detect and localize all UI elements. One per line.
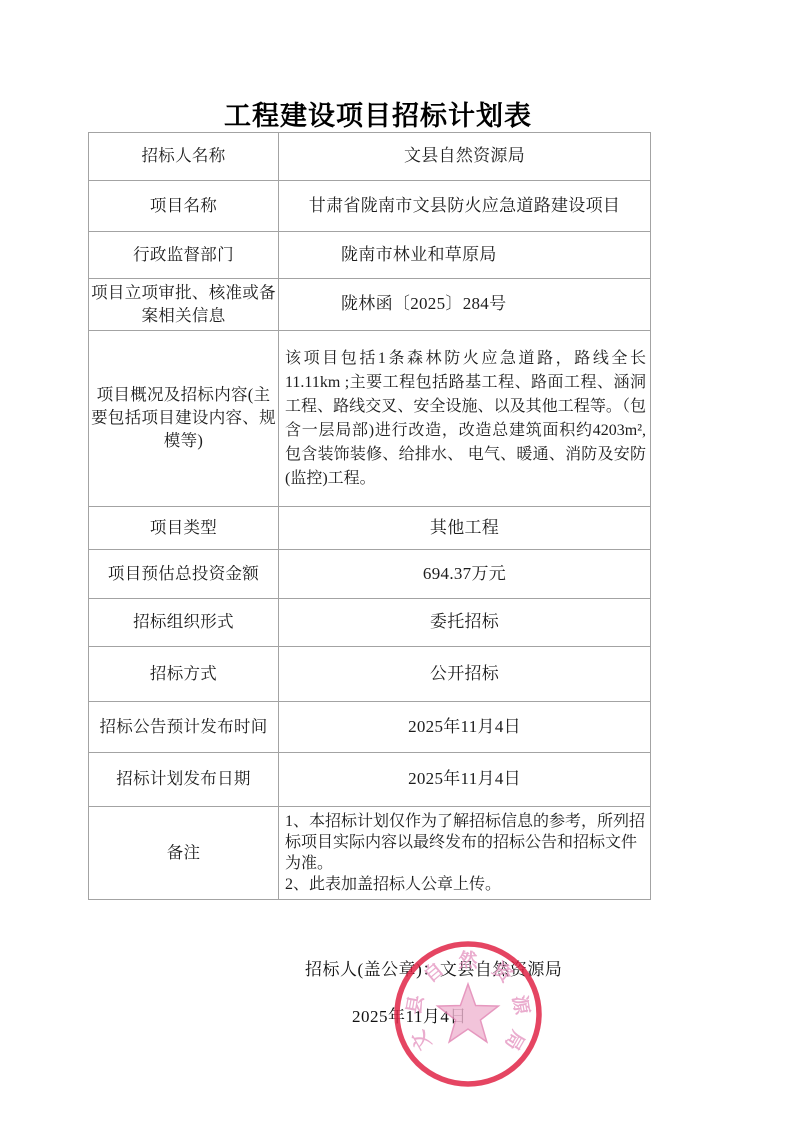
tender-plan-table: 招标人名称 文县自然资源局 项目名称 甘肃省陇南市文县防火应急道路建设项目 行政…: [88, 132, 651, 900]
row-label: 项目概况及招标内容(主要包括项目建设内容、规模等): [89, 331, 279, 507]
table-row: 项目概况及招标内容(主要包括项目建设内容、规模等) 该项目包括1条森林防火应急道…: [89, 331, 651, 507]
row-value: 文县自然资源局: [279, 133, 651, 181]
table-row: 招标人名称 文县自然资源局: [89, 133, 651, 181]
row-value: 陇林函〔2025〕284号: [279, 279, 651, 331]
row-value: 2025年11月4日: [279, 702, 651, 753]
document-page: 工程建设项目招标计划表 招标人名称 文县自然资源局 项目名称 甘肃省陇南市文县防…: [0, 0, 793, 1122]
table-row: 行政监督部门 陇南市林业和草原局: [89, 232, 651, 279]
table-row: 招标组织形式 委托招标: [89, 599, 651, 647]
row-label: 招标组织形式: [89, 599, 279, 647]
row-value: 其他工程: [279, 507, 651, 550]
row-label: 项目类型: [89, 507, 279, 550]
row-value: 委托招标: [279, 599, 651, 647]
row-value: 2025年11月4日: [279, 753, 651, 807]
row-value: 该项目包括1条森林防火应急道路，路线全长11.11km ;主要工程包括路基工程、…: [279, 331, 651, 507]
table-row: 项目名称 甘肃省陇南市文县防火应急道路建设项目: [89, 181, 651, 232]
seal-char: 文: [406, 1027, 435, 1055]
table-row: 项目预估总投资金额 694.37万元: [89, 550, 651, 599]
table-row: 招标方式 公开招标: [89, 647, 651, 702]
row-value: 甘肃省陇南市文县防火应急道路建设项目: [279, 181, 651, 232]
table-row: 备注 1、本招标计划仅作为了解招标信息的参考，所列招标项目实际内容以最终发布的招…: [89, 807, 651, 900]
table-row: 招标公告预计发布时间 2025年11月4日: [89, 702, 651, 753]
row-label: 招标公告预计发布时间: [89, 702, 279, 753]
seal-char: 源: [508, 994, 533, 1018]
table-row: 项目立项审批、核准或备案相关信息 陇林函〔2025〕284号: [89, 279, 651, 331]
row-label: 项目名称: [89, 181, 279, 232]
signer-line: 招标人(盖公章)：文县自然资源局: [305, 955, 562, 980]
table-row: 招标计划发布日期 2025年11月4日: [89, 753, 651, 807]
seal-char: 局: [500, 1027, 529, 1054]
row-label: 备注: [89, 807, 279, 900]
row-label: 招标计划发布日期: [89, 753, 279, 807]
row-value: 694.37万元: [279, 550, 651, 599]
row-value: 1、本招标计划仅作为了解招标信息的参考，所列招标项目实际内容以最终发布的招标公告…: [279, 807, 651, 900]
date-line: 2025年11月4日: [352, 1002, 467, 1027]
row-label: 招标方式: [89, 647, 279, 702]
row-value: 公开招标: [279, 647, 651, 702]
row-label: 招标人名称: [89, 133, 279, 181]
row-label: 项目立项审批、核准或备案相关信息: [89, 279, 279, 331]
row-label: 行政监督部门: [89, 232, 279, 279]
page-title: 工程建设项目招标计划表: [88, 94, 668, 133]
row-label: 项目预估总投资金额: [89, 550, 279, 599]
row-value: 陇南市林业和草原局: [279, 232, 651, 279]
table-row: 项目类型 其他工程: [89, 507, 651, 550]
